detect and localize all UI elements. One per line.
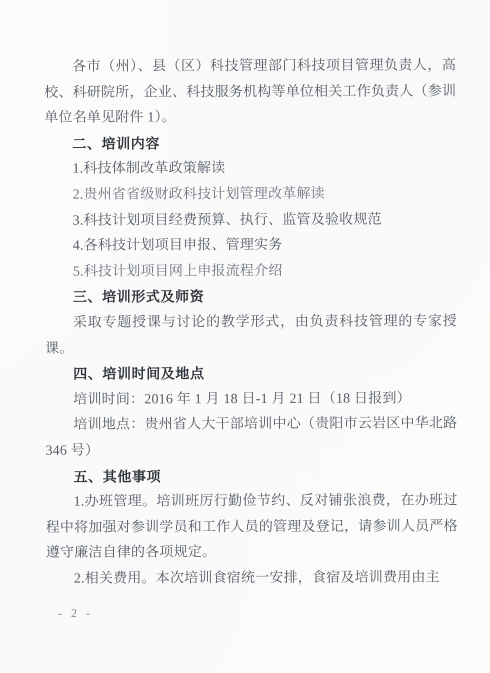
section-5-heading: 五、其他事项 <box>45 463 457 490</box>
training-content-item-4: 4.各科技计划项目申报、管理实务 <box>45 232 457 259</box>
training-time-line: 培训时间：2016 年 1 月 18 日-1 月 21 日（18 日报到） <box>45 386 457 413</box>
training-content-item-2: 2.贵州省省级财政科技计划管理改革解读 <box>45 181 457 208</box>
intro-paragraph: 各市（州）、县（区）科技管理部门科技项目管理负责人，高校、科研院所，企业、科技服… <box>44 53 456 131</box>
page-number: - 2 - <box>58 606 93 621</box>
section-3-heading: 三、培训形式及师资 <box>45 284 457 311</box>
section-4-heading: 四、培训时间及地点 <box>45 360 457 387</box>
training-content-item-5: 5.科技计划项目网上申报流程介绍 <box>45 258 457 285</box>
document-body: 各市（州）、县（区）科技管理部门科技项目管理负责人，高校、科研院所，企业、科技服… <box>44 53 458 592</box>
section-2-heading: 二、培训内容 <box>44 130 456 157</box>
other-matters-item-1: 1.办班管理。培训班厉行勤俭节约、反对铺张浪费，在办班过程中将加强对参训学员和工… <box>46 488 458 566</box>
section-3-paragraph: 采取专题授课与讨论的教学形式，由负责科技管理的专家授课。 <box>45 309 457 362</box>
training-content-item-3: 3.科技计划项目经费预算、执行、监管及验收规范 <box>45 207 457 234</box>
training-content-item-1: 1.科技体制改革政策解读 <box>44 156 456 183</box>
training-place-line: 培训地点：贵州省人大干部培训中心（贵阳市云岩区中华北路 346 号） <box>45 412 457 465</box>
other-matters-item-2: 2.相关费用。本次培训食宿统一安排，食宿及培训费用由主 <box>46 565 458 592</box>
scanned-document-page: 各市（州）、县（区）科技管理部门科技项目管理负责人，高校、科研院所，企业、科技服… <box>0 0 490 673</box>
